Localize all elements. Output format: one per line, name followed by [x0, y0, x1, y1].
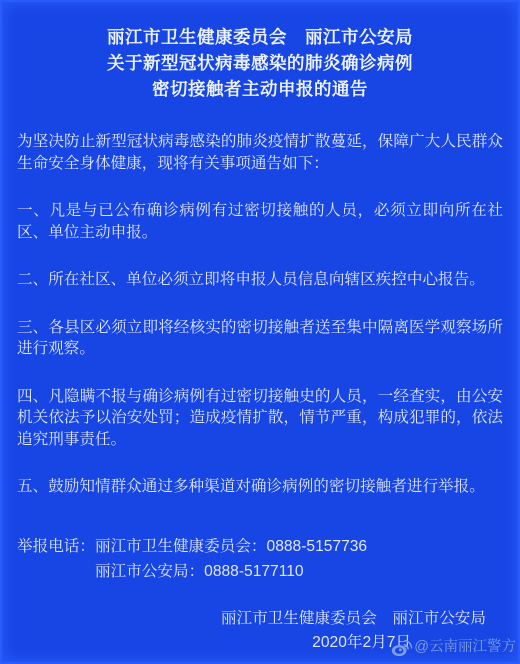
hotline-label: 举报电话： — [17, 538, 95, 555]
notice-poster: 丽江市卫生健康委员会 丽江市公安局 关于新型冠状病毒感染的肺炎确诊病例 密切接触… — [0, 0, 520, 664]
weibo-icon — [391, 638, 412, 657]
weibo-handle: @云南丽江警方 — [414, 637, 516, 657]
signature: 丽江市卫生健康委员会 丽江市公安局 — [17, 608, 503, 630]
notice-title: 丽江市卫生健康委员会 丽江市公安局 关于新型冠状病毒感染的肺炎确诊病例 密切接触… — [17, 24, 503, 102]
hotline-health-commission: 丽江市卫生健康委员会：0888-5157736 — [95, 538, 367, 555]
title-line-agencies: 丽江市卫生健康委员会 丽江市公安局 — [17, 24, 503, 50]
title-line-type: 密切接触者主动申报的通告 — [17, 76, 503, 102]
notice-item-1: 一、凡是与已公布确诊病例有过密切接触的人员，必须立即向所在社区、单位主动申报。 — [17, 200, 503, 243]
notice-item-2: 二、所在社区、单位必须立即将申报人员信息向辖区疾控中心报告。 — [17, 269, 503, 291]
weibo-watermark: @云南丽江警方 — [391, 637, 516, 657]
title-line-subject: 关于新型冠状病毒感染的肺炎确诊病例 — [17, 50, 503, 76]
notice-item-3: 三、各县区必须立即将经核实的密切接触者送至集中隔离医学观察场所进行观察。 — [17, 317, 503, 360]
hotline-line-1: 举报电话：丽江市卫生健康委员会：0888-5157736 — [17, 534, 503, 559]
hotline-line-2: 丽江市公安局：0888-5177110 — [17, 559, 503, 584]
notice-item-5: 五、鼓励知情群众通过多种渠道对确诊病例的密切接触者进行举报。 — [17, 476, 503, 498]
notice-item-4: 四、凡隐瞒不报与确诊病例有过密切接触史的人员，一经查实，由公安机关依法予以治安处… — [17, 386, 503, 451]
hotline-block: 举报电话：丽江市卫生健康委员会：0888-5157736 丽江市公安局：0888… — [17, 534, 503, 584]
notice-intro: 为坚决防止新型冠状病毒感染的肺炎疫情扩散蔓延，保障广大人民群众生命安全身体健康，… — [17, 131, 503, 174]
